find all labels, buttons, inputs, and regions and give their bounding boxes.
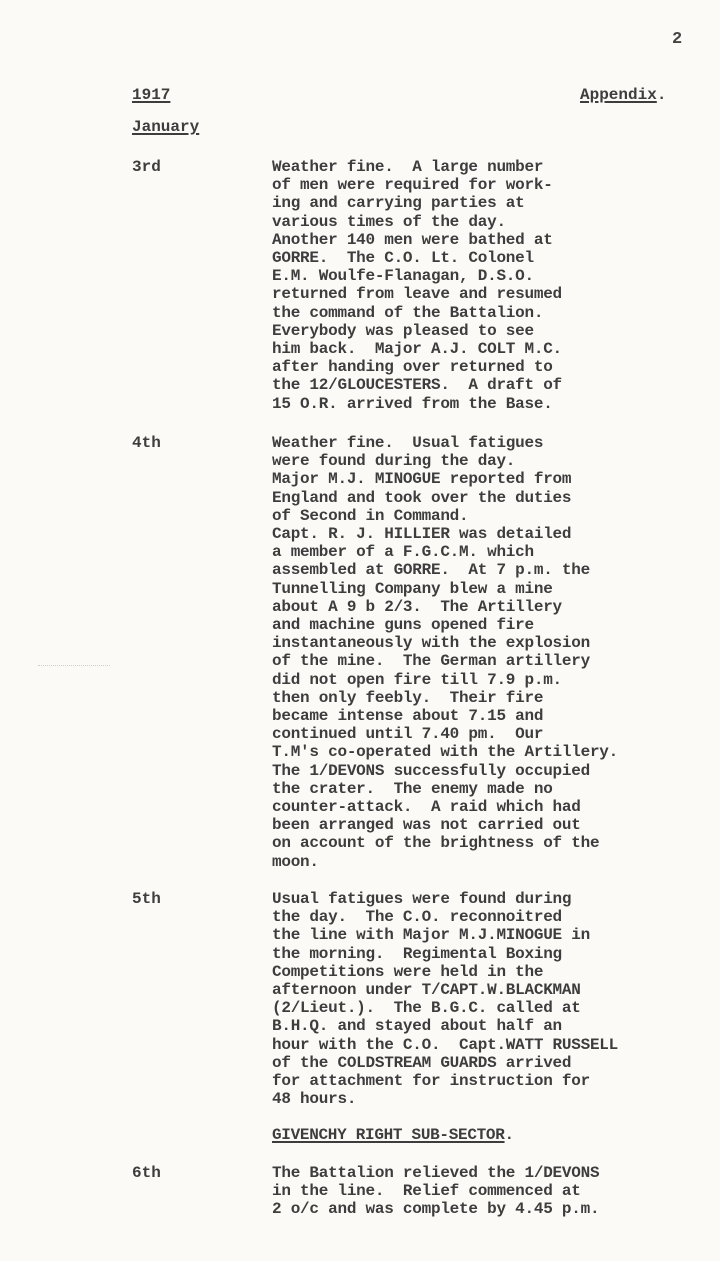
entry-text: Weather fine. Usual fatigues were found …: [272, 434, 618, 871]
entry-date: 5th: [132, 890, 161, 908]
section-heading-label: GIVENCHY RIGHT SUB-SECTOR: [272, 1126, 505, 1144]
section-heading-suffix: .: [505, 1126, 514, 1144]
entry-text: Weather fine. A large number of men were…: [272, 158, 562, 413]
appendix-suffix: .: [657, 86, 667, 104]
month-heading: January: [132, 118, 199, 136]
document-page: 2 1917 Appendix. January 3rd Weather fin…: [0, 0, 720, 1261]
page-number: 2: [672, 30, 682, 49]
appendix-label: Appendix: [580, 86, 657, 104]
appendix-heading: Appendix.: [580, 86, 666, 104]
entry-date: 6th: [132, 1164, 161, 1182]
entry-date: 3rd: [132, 158, 161, 176]
entry-date: 4th: [132, 434, 161, 452]
year-heading: 1917: [132, 86, 170, 104]
entry-text: Usual fatigues were found during the day…: [272, 890, 618, 1108]
section-heading: GIVENCHY RIGHT SUB-SECTOR.: [272, 1126, 514, 1144]
pencil-mark: [38, 665, 110, 667]
entry-text: The Battalion relieved the 1/DEVONS in t…: [272, 1164, 599, 1219]
